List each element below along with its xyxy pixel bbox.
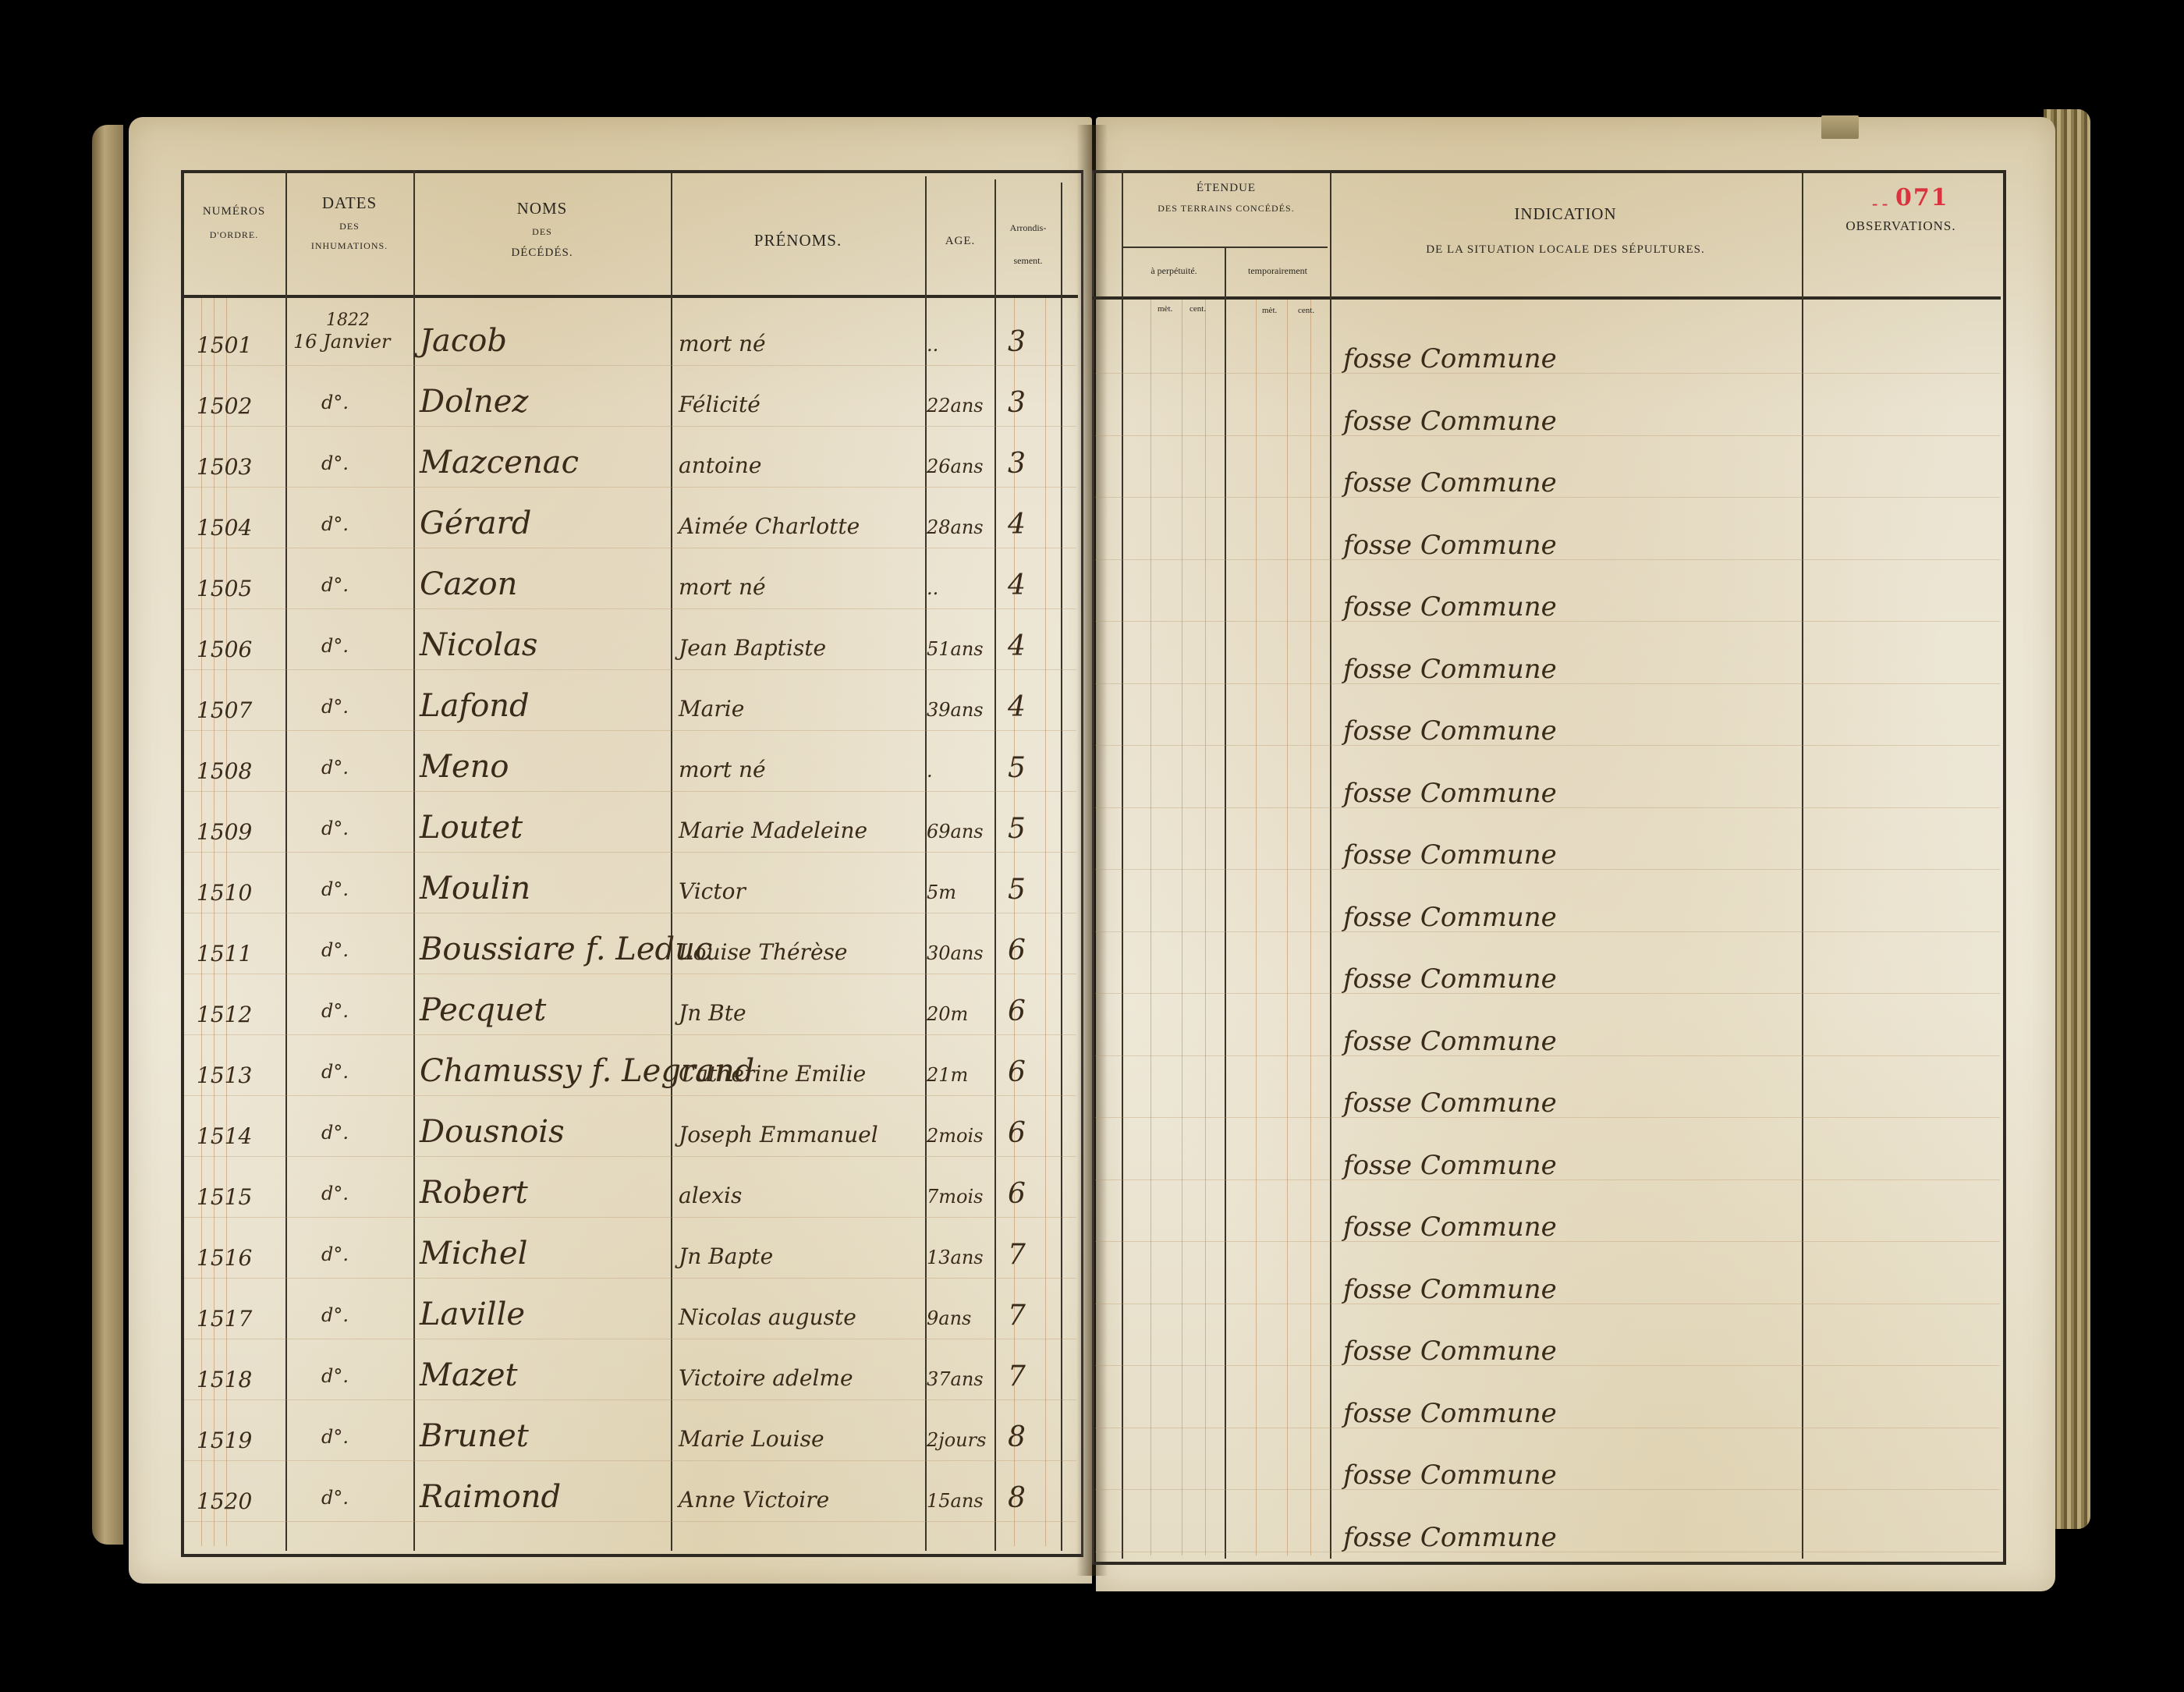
header-observations: OBSERVATIONS. xyxy=(1803,218,1998,234)
book-edge-left xyxy=(92,125,123,1545)
entry-age: . xyxy=(927,760,933,782)
row-rule xyxy=(184,426,1076,427)
left-header-rule xyxy=(181,295,1078,298)
left-table-frame xyxy=(181,170,1083,1557)
row-rule xyxy=(184,608,1076,609)
row-rule xyxy=(184,365,1076,366)
entry-surname: Laville xyxy=(420,1296,525,1332)
entry-date: d°. xyxy=(321,392,349,413)
entry-arrondissement: 3 xyxy=(1008,448,1026,480)
row-rule xyxy=(184,974,1076,974)
margin-line xyxy=(214,298,214,1546)
entry-surname: Nicolas xyxy=(420,627,537,663)
unit-metres: mèt. xyxy=(1158,304,1172,314)
entry-arrondissement: 4 xyxy=(1008,691,1026,723)
entry-arrondissement: 4 xyxy=(1008,630,1026,662)
entry-surname: Dousnois xyxy=(420,1114,565,1150)
row-rule xyxy=(184,913,1076,913)
col-divider xyxy=(1802,173,1803,1559)
entry-date: d°. xyxy=(321,574,349,596)
entry-surname: Raimond xyxy=(420,1479,561,1515)
entry-age: .. xyxy=(927,577,938,599)
col-divider xyxy=(1122,170,1123,1559)
entry-number: 1507 xyxy=(197,697,252,723)
entry-burial-location: fosse Commune xyxy=(1343,1274,1557,1305)
entry-arrondissement: 6 xyxy=(1008,1178,1026,1210)
entry-burial-location: fosse Commune xyxy=(1343,1336,1557,1367)
header-arrondissement: Arrondis- sement. xyxy=(996,222,1060,267)
entry-surname: Cazon xyxy=(420,566,517,602)
header-age: AGE. xyxy=(927,234,994,248)
entry-date: d°. xyxy=(321,818,349,839)
entry-surname: Moulin xyxy=(420,871,530,906)
entry-number: 1505 xyxy=(197,576,252,601)
entry-given-names: Jn Bapte xyxy=(679,1243,773,1269)
entry-age: 2jours xyxy=(927,1429,986,1451)
header-dates: DATES DES INHUMATIONS. xyxy=(287,193,412,259)
entry-given-names: Catherine Emilie xyxy=(679,1061,866,1087)
unit-centimetres: cent. xyxy=(1298,306,1314,315)
entry-given-names: Félicité xyxy=(679,392,760,417)
page-number-stamp: 071 xyxy=(1895,184,1949,211)
entry-given-names: Jean Baptiste xyxy=(679,635,826,661)
entry-date: d°. xyxy=(321,939,349,961)
entry-burial-location: fosse Commune xyxy=(1343,591,1557,623)
entry-burial-location: fosse Commune xyxy=(1343,1460,1557,1491)
entry-age: 28ans xyxy=(927,516,984,538)
entry-burial-location: fosse Commune xyxy=(1343,1026,1557,1057)
entry-given-names: Jn Bte xyxy=(679,1000,746,1026)
entry-age: 7mois xyxy=(927,1186,983,1208)
entry-arrondissement: 6 xyxy=(1008,995,1026,1027)
entry-number: 1510 xyxy=(197,880,252,906)
entry-given-names: Marie Madeleine xyxy=(679,818,867,843)
unit-line xyxy=(1182,300,1182,1555)
entry-arrondissement: 6 xyxy=(1008,1056,1026,1088)
col-divider xyxy=(925,176,927,1551)
row-rule xyxy=(184,1460,1076,1461)
entry-arrondissement: 4 xyxy=(1008,569,1026,601)
col-divider xyxy=(413,170,415,1551)
entry-age: 39ans xyxy=(927,699,984,721)
entry-date: d°. xyxy=(321,878,349,900)
entry-given-names: Aimée Charlotte xyxy=(679,513,860,539)
row-rule xyxy=(184,730,1076,731)
entry-number: 1506 xyxy=(197,637,252,662)
entry-burial-location: fosse Commune xyxy=(1343,963,1557,995)
entry-age: 15ans xyxy=(927,1490,984,1512)
entry-date: d°. xyxy=(321,1183,349,1204)
entry-burial-location: fosse Commune xyxy=(1343,530,1557,561)
entry-date: d°. xyxy=(321,635,349,657)
row-rule xyxy=(184,1278,1076,1279)
entry-number: 1520 xyxy=(197,1488,252,1514)
entry-given-names: Louise Thérèse xyxy=(679,939,847,965)
entry-burial-location: fosse Commune xyxy=(1343,1522,1557,1553)
entry-arrondissement: 5 xyxy=(1008,874,1026,906)
row-rule xyxy=(184,1217,1076,1218)
col-divider xyxy=(1330,173,1331,1559)
entry-arrondissement: 6 xyxy=(1008,1117,1026,1149)
entry-age: 26ans xyxy=(927,456,984,477)
entry-arrondissement: 8 xyxy=(1008,1482,1026,1514)
entry-given-names: mort né xyxy=(679,331,766,356)
entry-number: 1503 xyxy=(197,454,252,480)
entry-number: 1514 xyxy=(197,1123,252,1149)
entry-age: 13ans xyxy=(927,1247,984,1268)
header-indication: INDICATION DE LA SITUATION LOCALE DES SÉ… xyxy=(1331,204,1799,257)
entry-given-names: Joseph Emmanuel xyxy=(679,1122,878,1148)
row-rule xyxy=(184,1095,1076,1096)
col-divider xyxy=(1225,248,1226,1559)
entry-surname: Mazcenac xyxy=(420,445,579,481)
entry-burial-location: fosse Commune xyxy=(1343,1398,1557,1429)
entry-date: d°. xyxy=(321,452,349,474)
entry-burial-location: fosse Commune xyxy=(1343,1087,1557,1119)
entry-date: 16 Janvier xyxy=(293,331,390,353)
entry-given-names: alexis xyxy=(679,1183,742,1208)
entry-number: 1512 xyxy=(197,1002,252,1027)
entry-arrondissement: 7 xyxy=(1008,1300,1026,1332)
col-divider xyxy=(671,173,672,1551)
entry-number: 1518 xyxy=(197,1367,252,1392)
entry-burial-location: fosse Commune xyxy=(1343,902,1557,933)
entry-date: d°. xyxy=(321,513,349,535)
header-noms: NOMS DES DÉCÉDÉS. xyxy=(415,199,669,260)
entry-number: 1511 xyxy=(197,941,252,967)
entry-date: d°. xyxy=(321,1061,349,1083)
entry-given-names: Anne Victoire xyxy=(679,1487,829,1513)
margin-line xyxy=(226,298,227,1546)
header-perpetuite: à perpétuité. xyxy=(1123,265,1225,276)
margin-line xyxy=(201,298,202,1546)
entry-number: 1517 xyxy=(197,1306,252,1332)
entry-surname: Loutet xyxy=(420,810,523,846)
entry-given-names: Victor xyxy=(679,878,746,904)
entry-given-names: mort né xyxy=(679,574,766,600)
right-header-rule xyxy=(1092,296,2001,300)
row-rule xyxy=(184,669,1076,670)
entry-burial-location: fosse Commune xyxy=(1343,654,1557,685)
entry-surname: Brunet xyxy=(420,1418,529,1454)
unit-line xyxy=(1287,300,1288,1555)
entry-surname: Dolnez xyxy=(420,384,528,420)
entry-given-names: Nicolas auguste xyxy=(679,1304,856,1330)
row-rule xyxy=(184,1034,1076,1035)
entry-age: 21m xyxy=(927,1064,968,1086)
entry-given-names: Marie Louise xyxy=(679,1426,824,1452)
year-label: 1822 xyxy=(326,310,370,330)
row-rule xyxy=(184,852,1076,853)
entry-given-names: Victoire adelme xyxy=(679,1365,853,1391)
entry-arrondissement: 5 xyxy=(1008,752,1026,784)
entry-number: 1519 xyxy=(197,1428,252,1453)
entry-burial-location: fosse Commune xyxy=(1343,406,1557,437)
entry-given-names: mort né xyxy=(679,757,766,782)
etendue-brace xyxy=(1123,247,1328,248)
header-numeros: NUMÉROS D'ORDRE. xyxy=(184,204,284,248)
margin-line xyxy=(1045,298,1046,1546)
entry-surname: Jacob xyxy=(420,323,507,359)
row-rule xyxy=(184,487,1076,488)
header-temporairement: temporairement xyxy=(1226,265,1329,276)
entry-arrondissement: 3 xyxy=(1008,387,1026,419)
entry-burial-location: fosse Commune xyxy=(1343,1211,1557,1243)
unit-line xyxy=(1256,300,1257,1555)
entry-age: 9ans xyxy=(927,1307,971,1329)
entry-date: d°. xyxy=(321,1122,349,1144)
entry-date: d°. xyxy=(321,1365,349,1387)
entry-arrondissement: 4 xyxy=(1008,509,1026,541)
entry-burial-location: fosse Commune xyxy=(1343,1150,1557,1181)
unit-line xyxy=(1205,300,1206,1555)
entry-age: 20m xyxy=(927,1003,968,1025)
entry-burial-location: fosse Commune xyxy=(1343,467,1557,498)
entry-date: d°. xyxy=(321,1304,349,1326)
entry-burial-location: fosse Commune xyxy=(1343,343,1557,374)
entry-arrondissement: 8 xyxy=(1008,1421,1026,1453)
entry-date: d°. xyxy=(321,1243,349,1265)
entry-surname: Lafond xyxy=(420,688,530,724)
unit-metres: mèt. xyxy=(1262,306,1277,315)
entry-date: d°. xyxy=(321,757,349,779)
entry-age: .. xyxy=(927,334,938,356)
entry-surname: Robert xyxy=(420,1175,528,1211)
col-divider xyxy=(994,179,996,1551)
entry-date: d°. xyxy=(321,696,349,718)
entry-surname: Michel xyxy=(420,1236,527,1272)
col-divider xyxy=(1061,183,1062,1551)
entry-age: 5m xyxy=(927,881,956,903)
entry-number: 1502 xyxy=(197,393,252,419)
entry-date: d°. xyxy=(321,1000,349,1022)
row-rule xyxy=(184,548,1076,548)
unit-line xyxy=(1150,300,1151,1555)
row-rule xyxy=(184,1521,1076,1522)
unit-centimetres: cent. xyxy=(1189,304,1206,314)
entry-arrondissement: 5 xyxy=(1008,813,1026,845)
entry-burial-location: fosse Commune xyxy=(1343,715,1557,747)
entry-age: 30ans xyxy=(927,942,984,964)
header-prenoms: PRÉNOMS. xyxy=(672,231,924,250)
entry-surname: Meno xyxy=(420,749,509,785)
entry-arrondissement: 3 xyxy=(1008,326,1026,358)
row-rule xyxy=(184,1339,1076,1339)
entry-age: 51ans xyxy=(927,638,984,660)
entry-age: 22ans xyxy=(927,395,984,417)
row-rule xyxy=(184,791,1076,792)
entry-number: 1516 xyxy=(197,1245,252,1271)
entry-age: 37ans xyxy=(927,1368,984,1390)
entry-number: 1515 xyxy=(197,1184,252,1210)
entry-number: 1508 xyxy=(197,758,252,784)
entry-surname: Gérard xyxy=(420,505,531,541)
unit-line xyxy=(1310,300,1311,1555)
header-etendue: ÉTENDUE DES TERRAINS CONCÉDÉS. xyxy=(1123,181,1329,222)
row-rule xyxy=(184,1399,1076,1400)
entry-arrondissement: 7 xyxy=(1008,1360,1026,1392)
entry-burial-location: fosse Commune xyxy=(1343,839,1557,871)
entry-given-names: antoine xyxy=(679,452,761,478)
entry-age: 2mois xyxy=(927,1125,983,1147)
entry-number: 1501 xyxy=(197,332,252,358)
col-divider xyxy=(285,170,287,1551)
entry-arrondissement: 7 xyxy=(1008,1239,1026,1271)
entry-arrondissement: 6 xyxy=(1008,935,1026,967)
entry-surname: Mazet xyxy=(420,1357,518,1393)
entry-surname: Pecquet xyxy=(420,992,546,1028)
stamp-prefix: - - xyxy=(1872,193,1888,214)
entry-given-names: Marie xyxy=(679,696,744,722)
entry-date: d°. xyxy=(321,1487,349,1509)
entry-number: 1509 xyxy=(197,819,252,845)
entry-burial-location: fosse Commune xyxy=(1343,778,1557,809)
page-tab-marker xyxy=(1821,115,1859,139)
entry-date: d°. xyxy=(321,1426,349,1448)
entry-number: 1513 xyxy=(197,1062,252,1088)
entry-number: 1504 xyxy=(197,515,252,541)
entry-surname: Boussiare f. Leduc xyxy=(420,931,712,967)
entry-age: 69ans xyxy=(927,821,984,842)
row-rule xyxy=(184,1156,1076,1157)
margin-line xyxy=(1014,298,1015,1546)
